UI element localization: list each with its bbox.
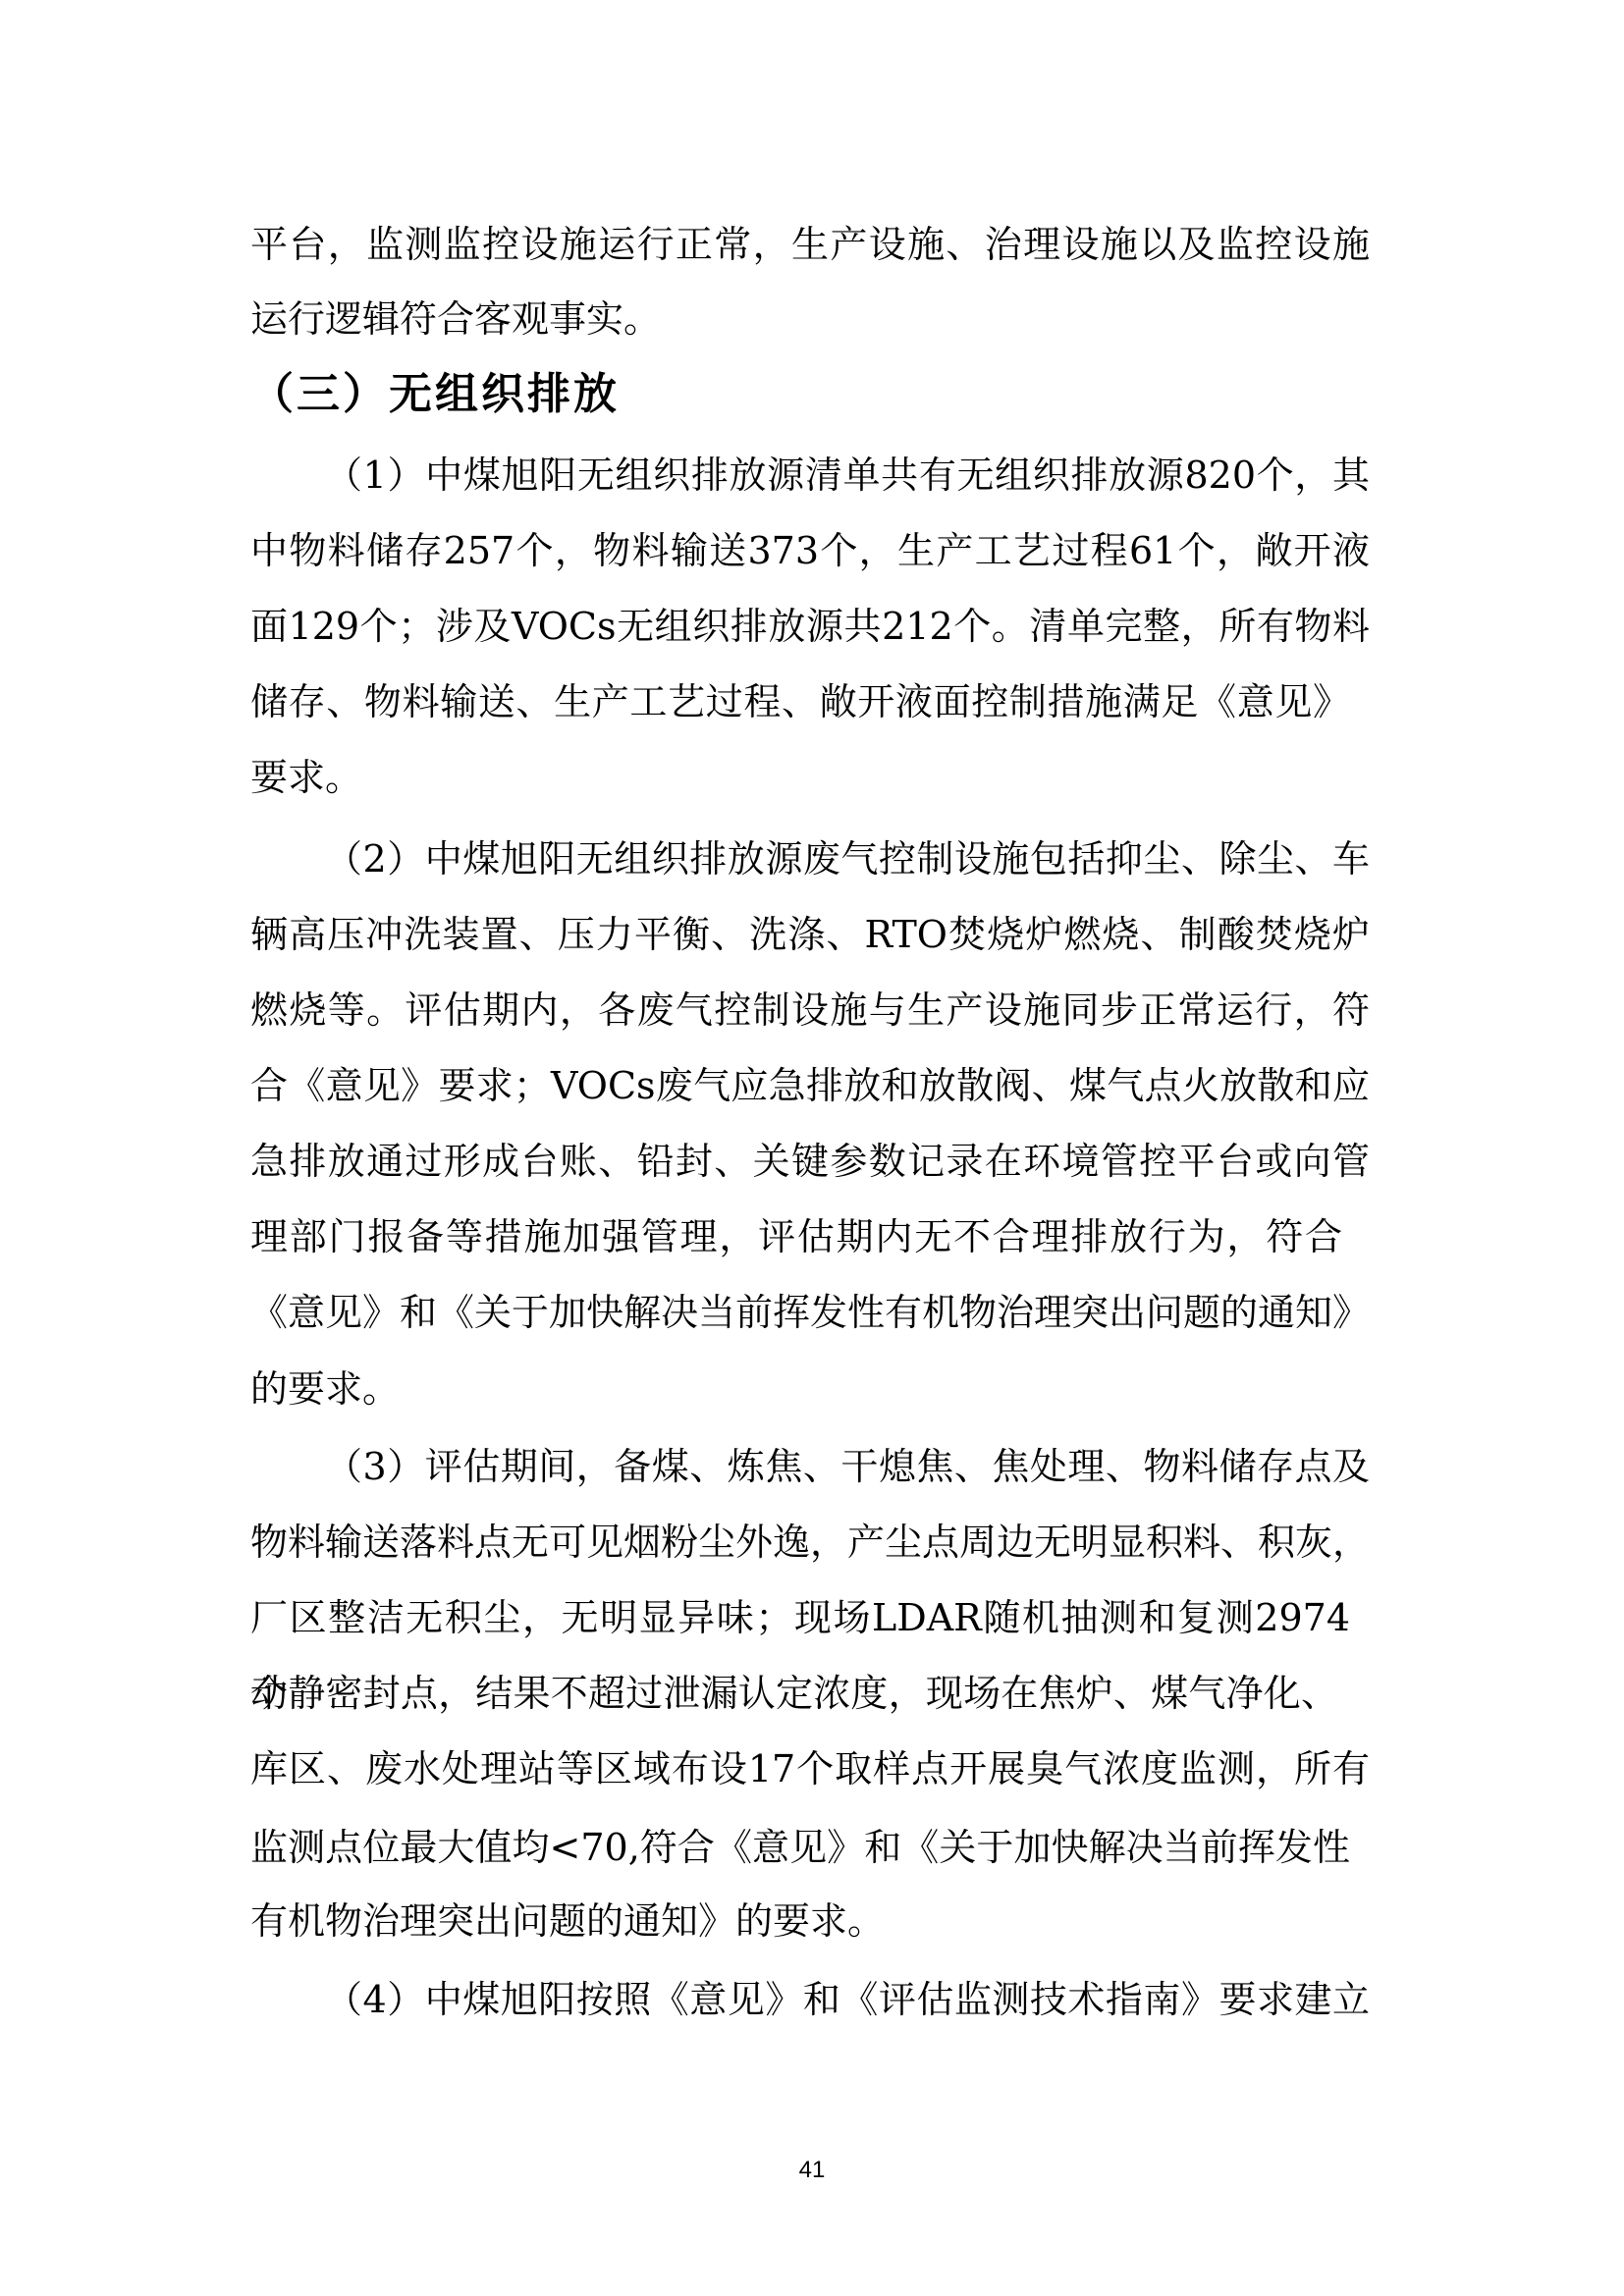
body-text-line: 运行逻辑符合客观事实。 [250,282,1370,357]
document-page: 平台，监测监控设施运行正常，生产设施、治理设施以及监控设施 运行逻辑符合客观事实… [0,0,1624,2296]
paragraph-1-line: （1）中煤旭阳无组织排放源清单共有无组织排放源820个，其 [325,438,1370,513]
paragraph-3-line: 库区、废水处理站等区域布设17个取样点开展臭气浓度监测，所有 [250,1732,1370,1807]
paragraph-1-line: 面129个；涉及VOCs无组织排放源共212个。清单完整，所有物料 [250,589,1370,665]
section-heading: （三）无组织排放 [250,365,620,424]
paragraph-3-line: 动静密封点，结果不超过泄漏认定浓度，现场在焦炉、煤气净化、 [250,1656,1338,1732]
paragraph-1-line: 要求。 [250,740,1370,816]
paragraph-1-line: 中物料储存257个，物料输送373个，生产工艺过程61个，敞开液 [250,513,1370,589]
paragraph-3-line: 厂区整洁无积尘，无明显异味；现场LDAR随机抽测和复测2974个 [250,1580,1350,1656]
paragraph-2-line: 理部门报备等措施加强管理，评估期内无不合理排放行为，符合 [250,1200,1342,1275]
paragraph-2-line: （2）中煤旭阳无组织排放源废气控制设施包括抑尘、除尘、车 [325,822,1370,897]
paragraph-2-line: 合《意见》要求；VOCs废气应急排放和放散阀、煤气点火放散和应 [250,1048,1370,1124]
paragraph-2-line: 燃烧等。评估期内，各废气控制设施与生产设施同步正常运行，符 [250,973,1370,1048]
paragraph-4-line: （4）中煤旭阳按照《意见》和《评估监测技术指南》要求建立 [325,1962,1370,2038]
paragraph-3-line: 有机物治理突出问题的通知》的要求。 [250,1884,1370,1959]
paragraph-3-line: 监测点位最大值均<70,符合《意见》和《关于加快解决当前挥发性 [250,1810,1350,1886]
paragraph-3-line: （3）评估期间，备煤、炼焦、干熄焦、焦处理、物料储存点及 [325,1429,1370,1505]
body-text-line: 平台，监测监控设施运行正常，生产设施、治理设施以及监控设施 [250,207,1370,283]
paragraph-3-line: 物料输送落料点无可见烟粉尘外逸，产尘点周边无明显积料、积灰， [250,1505,1370,1580]
paragraph-2-line: 辆高压冲洗装置、压力平衡、洗涤、RTO焚烧炉燃烧、制酸焚烧炉 [250,897,1370,973]
paragraph-2-line: 《意见》和《关于加快解决当前挥发性有机物治理突出问题的通知》 [250,1275,1370,1351]
paragraph-1-line: 储存、物料输送、生产工艺过程、敞开液面控制措施满足《意见》 [250,665,1350,740]
page-number: 41 [0,2156,1624,2185]
paragraph-2-line: 的要求。 [250,1352,1370,1427]
paragraph-2-line: 急排放通过形成台账、铅封、关键参数记录在环境管控平台或向管 [250,1124,1370,1200]
